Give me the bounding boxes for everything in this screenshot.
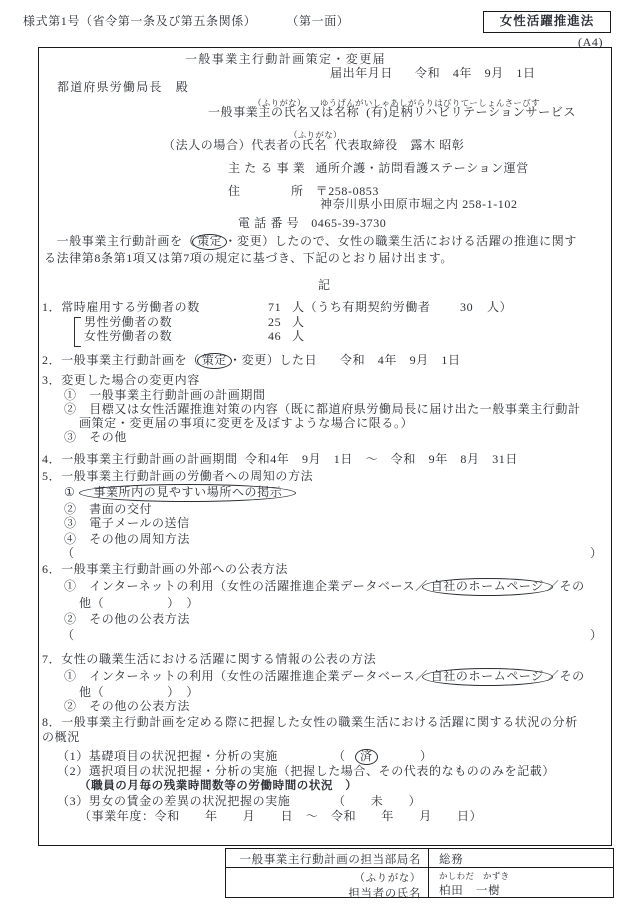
item5-sub1-num: ① xyxy=(64,485,75,499)
item1-female-label: 女性労働者の数 xyxy=(84,329,172,344)
item3-sub1: ① 一般事業主行動計画の計画期間 xyxy=(64,388,266,403)
item3-sub2-line1: ② 目標又は女性活躍推進対策の内容（既に都道府県労働局長に届け出た一般事業主行動… xyxy=(64,402,581,417)
item1-total: 71 xyxy=(268,300,281,315)
item6-sub1-line: ① インターネットの利用（女性の活躍推進企業データベース／自社のホームページ／そ… xyxy=(64,579,585,594)
business-value: 通所介護・訪問看護ステーション運営 xyxy=(315,161,528,175)
item8-title-line1: 8．一般事業主行動計画を定める際に把握した女性の職業生活における活躍に関する状況… xyxy=(42,715,578,730)
rep-label: （法人の場合）代表者の氏名 xyxy=(163,138,327,152)
form-number: 様式第1号（省令第一条及び第五条関係） xyxy=(23,14,256,28)
item6-paren-close: ） xyxy=(590,628,603,643)
department-value: 総務 xyxy=(429,849,613,867)
submission-date-line: 届出年月日令和 4年 9月 1日 xyxy=(330,66,536,81)
contact-person-value: かしわだ かずき柏田 一樹 xyxy=(429,868,613,897)
own-website-circle-2: 自社のホームページ xyxy=(422,668,553,686)
item8-sub1-status: 済 xyxy=(358,749,375,764)
address-label: 住 所 xyxy=(228,184,304,198)
item6-sub2: ② その他の公表方法 xyxy=(64,612,190,627)
item4-label: 4．一般事業主行動計画の計画期間 xyxy=(42,452,238,467)
contact-name-value: 柏田 一樹 xyxy=(439,882,613,898)
item8-sub3-label: （3）男女の賃金の差異の状況把握の実施 xyxy=(57,794,290,809)
item3-sub3: ③ その他 xyxy=(64,430,127,445)
record-mark: 記 xyxy=(38,278,612,293)
item8-sub2-label: （2）選択項目の状況把握・分析の実施（把握した場合、その代表的なもののみを記載） xyxy=(57,764,555,779)
law-badge: 女性活躍推進法 xyxy=(483,11,611,33)
form-number-line: 様式第1号（省令第一条及び第五条関係）（第一面） xyxy=(23,14,349,29)
item5-paren-close: ） xyxy=(590,546,603,561)
item5-sub2: ② 書面の交付 xyxy=(64,502,152,517)
item3-sub2-line2: 画策定・変更届の事項に変更を及ぼすような場合に限る。） xyxy=(79,416,413,431)
item7-sub1-pre: ① インターネットの利用（女性の活躍推進企業データベース／ xyxy=(64,669,428,683)
contact-name-label: 担当者の氏名 xyxy=(226,885,421,901)
item1-male-unit: 人 xyxy=(292,315,305,330)
item8-sub2-value: （職員の月毎の残業時間数等の労働時間の状況 ） xyxy=(79,779,357,794)
item1-label: 1．常時雇用する労働者の数 xyxy=(42,300,200,315)
item2-date: 令和 4年 9月 1日 xyxy=(340,353,461,368)
form-page: 様式第1号（省令第一条及び第五条関係）（第一面） 女性活躍推進法 (A4) 一般… xyxy=(0,0,642,914)
phone-value: 0465-39-3730 xyxy=(311,216,386,230)
item1-female-unit: 人 xyxy=(292,329,305,344)
bracket-glyph xyxy=(74,317,81,347)
item6-title: 6．一般事業主行動計画の外部への公表方法 xyxy=(42,562,288,577)
item1-fixed-term: 30 xyxy=(460,300,473,315)
item8-sub1-open: （ xyxy=(333,749,346,764)
item4-period: 令和4年 9月 1日 ～ 令和 9年 8月 31日 xyxy=(245,452,518,467)
item8-sub3-value: （ 未 ） xyxy=(333,794,421,809)
done-circle: 済 xyxy=(355,749,378,765)
item3-title: 3．変更した場合の変更内容 xyxy=(42,373,200,388)
company-label: 一般事業主の氏名又は名称 xyxy=(208,105,359,119)
item7-sub1-line: ① インターネットの利用（女性の活躍推進企業データベース／自社のホームページ／そ… xyxy=(64,669,585,684)
item5-title: 5．一般事業主行動計画の労働者への周知の方法 xyxy=(42,469,313,484)
company-name: (有)足柄リハビリテーションサービス xyxy=(366,105,576,119)
company-line: 一般事業主の氏名又は名称(有)足柄リハビリテーションサービス xyxy=(208,105,576,120)
rep-name: 代表取締役 露木 昭彰 xyxy=(335,138,465,152)
item6-sub1-cont: 他（ ） ） xyxy=(79,596,199,611)
item8-sub1-label: （1）基礎項目の状況把握・分析の実施 xyxy=(57,749,278,764)
item7-sub1-post: ／その xyxy=(547,669,585,683)
postal-code: 〒258-0853 xyxy=(316,184,379,198)
business-line: 主 た る 事 業通所介護・訪問看護ステーション運営 xyxy=(228,161,529,176)
item8-title-line2: の概況 xyxy=(42,730,80,745)
business-label: 主 た る 事 業 xyxy=(228,161,305,175)
table-row-contact-person: （ふりがな）担当者の氏名 かしわだ かずき柏田 一樹 xyxy=(226,868,613,897)
page-face-label: （第一面） xyxy=(292,14,349,28)
item6-paren-open: （ xyxy=(62,628,75,643)
department-label: 一般事業主行動計画の担当部局名 xyxy=(226,849,429,867)
item5-paren-open: （ xyxy=(62,546,75,561)
submission-date-label: 届出年月日 xyxy=(330,66,393,80)
item1-male-value: 25 xyxy=(268,315,281,330)
declaration-line2: る法律第8条第1項又は第7項の規定に基づき、下記のとおり届け出ます。 xyxy=(44,251,453,266)
item2-pre: 2．一般事業主行動計画を（ xyxy=(42,353,200,367)
item8-sub3-note: （事業年度：令和 年 月 日 ～ 令和 年 月 日） xyxy=(79,809,482,824)
item2-line: 2．一般事業主行動計画を（策定・変更）した日 xyxy=(42,353,317,368)
phone-line: 電 話 番 号0465-39-3730 xyxy=(238,216,386,231)
form-title: 一般事業主行動計画策定・変更届 xyxy=(185,52,386,67)
item1-female-value: 46 xyxy=(268,329,281,344)
addressee: 都道府県労働局長 殿 xyxy=(57,80,189,95)
item7-title: 7．女性の職業生活における活躍に関する情報の公表の方法 xyxy=(42,652,376,667)
phone-label: 電 話 番 号 xyxy=(238,216,299,230)
item7-sub2: ② その他の公表方法 xyxy=(64,699,190,714)
item5-sub4: ④ その他の周知方法 xyxy=(64,532,190,547)
representative-line: （法人の場合）代表者の氏名代表取締役 露木 昭彰 xyxy=(163,138,464,153)
item6-sub1-pre: ① インターネットの利用（女性の活躍推進企業データベース／ xyxy=(64,579,428,593)
contact-furigana-label: （ふりがな） xyxy=(226,870,421,885)
declaration-line1-post: ・変更）したので、女性の職業生活における活躍の推進に関す xyxy=(224,234,577,248)
declaration-line1-pre: 一般事業主行動計画を（ xyxy=(44,234,195,248)
address-line2: 神奈川県小田原市堀之内 258-1-102 xyxy=(320,197,518,212)
contact-table: 一般事業主行動計画の担当部局名 総務 （ふりがな）担当者の氏名 かしわだ かずき… xyxy=(225,848,614,898)
item5-sub3: ③ 電子メールの送信 xyxy=(64,516,190,531)
item5-sub1-line: ①事業所内の見やすい場所への掲示 xyxy=(64,485,288,500)
contact-furigana-value: かしわだ かずき xyxy=(439,870,613,882)
item6-sub1-post: ／その xyxy=(547,579,585,593)
own-website-circle-1: 自社のホームページ xyxy=(422,578,553,596)
table-row-department: 一般事業主行動計画の担当部局名 総務 xyxy=(226,849,613,868)
posting-circle: 事業所内の見やすい場所への掲示 xyxy=(79,484,296,502)
sakutei-circle-2: 策定 xyxy=(197,353,232,369)
item2-post: ・変更）した日 xyxy=(229,353,317,367)
declaration-line1: 一般事業主行動計画を（策定・変更）したので、女性の職業生活における活躍の推進に関… xyxy=(44,234,577,249)
item7-sub1-cont: 他（ ） ） xyxy=(79,685,199,700)
item1-fixed-term-unit: 人） xyxy=(487,300,512,315)
contact-person-label: （ふりがな）担当者の氏名 xyxy=(226,868,429,897)
item1-total-unit: 人（うち有期契約労働者 xyxy=(292,300,431,315)
item1-male-label: 男性労働者の数 xyxy=(84,315,172,330)
sakutei-circle-1: 策定 xyxy=(192,234,227,250)
submission-date-value: 令和 4年 9月 1日 xyxy=(415,66,536,80)
item8-sub1-close: ） xyxy=(420,749,433,764)
